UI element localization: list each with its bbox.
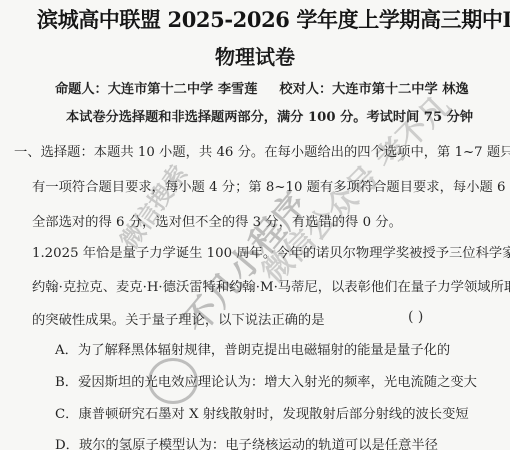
option-c: C．康普顿研究石墨对 X 射线散射时，发现散射后部分射线的波长变短 — [55, 403, 469, 422]
proofreader: 校对人：大连市第十二中学 林逸 — [279, 82, 468, 97]
option-a: A．为了解释黑体辐射规律，普朗克提出电磁辐射的能量是量子化的 — [55, 339, 450, 358]
answer-blank: ( ) — [408, 309, 423, 325]
section-intro-line-3: 全部选对的得 6 分，选对但不全的得 3 分，有选错的得 0 分。 — [32, 211, 402, 230]
exam-title: 滨城高中联盟 2025-2026 学年度上学期高三期中II考试 — [37, 4, 510, 34]
option-d: D．玻尔的氢原子模型认为：电子绕核运动的轨道可以是任意半径 — [55, 434, 438, 450]
exam-subject: 物理试卷 — [0, 41, 510, 70]
section-intro-line-1: 一、选择题：本题共 10 小题，共 46 分。在每小题给出的四个选项中，第 1~… — [14, 141, 510, 160]
wechat-logo-icon — [148, 358, 198, 404]
question-1-line-3: 的突破性成果。关于量子理论，以下说法正确的是 — [32, 309, 325, 328]
watermark-search: 微信搜索 — [110, 156, 194, 255]
question-1-line-2: 约翰·克拉克、麦克·H·德沃雷特和约翰·M·马蒂尼，以表彰他们在量子力学领域所取… — [32, 276, 510, 295]
section-intro-line-2: 有一项符合题目要求，每小题 4 分；第 8~10 题有多项符合题目要求，每小题 … — [32, 176, 510, 195]
question-1-line-1: 1.2025 年恰是量子力学诞生 100 周年。今年的诺贝尔物理学奖被授予三位科… — [32, 242, 510, 261]
option-b: B．爱因斯坦的光电效应理论认为：增大入射光的频率，光电流随之变大 — [55, 371, 477, 390]
question-setter: 命题人：大连市第十二中学 李雪莲 — [55, 82, 257, 97]
authors-line: 命题人：大连市第十二中学 李雪莲校对人：大连市第十二中学 林逸 — [55, 78, 469, 97]
exam-summary: 本试卷分选择题和非选择题两部分，满分 100 分。考试时间 75 分钟 — [66, 106, 473, 125]
